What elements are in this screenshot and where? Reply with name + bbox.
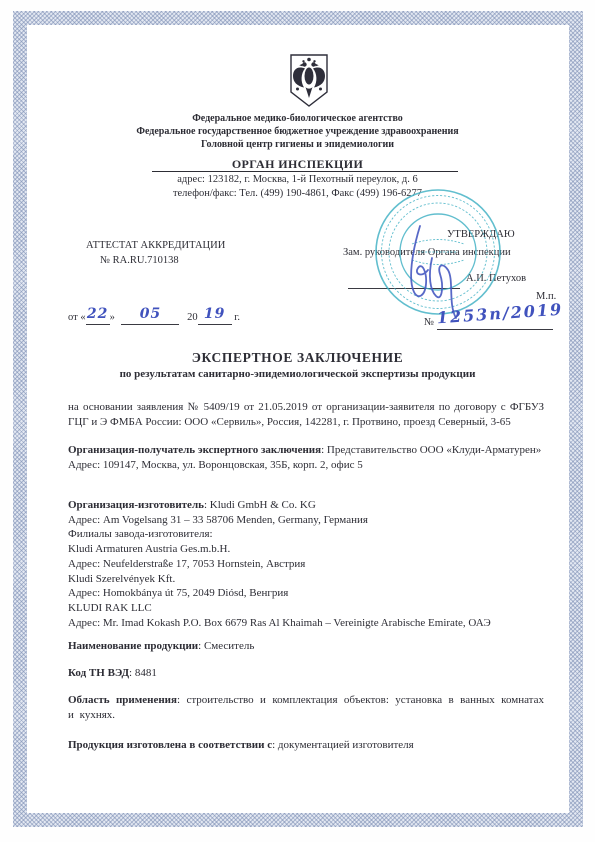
manufacturer-line: Адрес: Am Vogelsang 31 – 33 58706 Menden… (68, 513, 548, 528)
document-page: Федеральное медико-биологическое агентст… (0, 0, 595, 842)
tnved-value: : 8481 (129, 667, 157, 679)
accreditation-number: № RA.RU.710138 (100, 255, 179, 266)
handwritten-year: 19 (204, 306, 225, 322)
inspection-body-phone: телефон/факс: Тел. (499) 190-4861, Факс … (0, 187, 595, 201)
date-year-suffix: г. (234, 312, 240, 323)
document-title: ЭКСПЕРТНОЕ ЗАКЛЮЧЕНИЕ (0, 350, 595, 366)
recipient-block: Организация-получатель экспертного заклю… (68, 443, 544, 473)
basis-paragraph: на основании заявления № 5409/19 от 21.0… (68, 400, 544, 430)
inspection-body-address: адрес: 123182, г. Москва, 1-й Пехотный п… (0, 173, 595, 187)
agency-line: Головной центр гигиены и эпидемиологии (0, 138, 595, 151)
manufacturer-line: Адрес: Homokbánya út 75, 2049 Diósd, Вен… (68, 586, 548, 601)
application-line: Область применения: строительство и комп… (68, 693, 544, 723)
agency-line: Федеральное государственное бюджетное уч… (0, 125, 595, 138)
date-line: от «22» 05 2019 г. (68, 308, 240, 325)
manufacturer-line: Организация-изготовитель: Kludi GmbH & C… (68, 498, 548, 513)
approve-label: УТВЕРЖДАЮ (447, 229, 515, 240)
compliance-label: Продукция изготовлена в соответствии с (68, 739, 272, 751)
compliance-line: Продукция изготовлена в соответствии с: … (68, 738, 544, 753)
recipient-line: Организация-получатель экспертного заклю… (68, 443, 544, 458)
application-label: Область применения (68, 694, 177, 706)
signature-line (348, 288, 460, 289)
date-month-slot: 05 (121, 308, 179, 325)
product-line: Наименование продукции: Смеситель (68, 639, 544, 654)
approver-title: Зам. руководителя Органа инспекции (343, 247, 511, 258)
manufacturer-line: Адрес: Neufelderstraße 17, 7053 Hornstei… (68, 557, 548, 572)
manufacturer-line: KLUDI RAK LLC (68, 601, 548, 616)
handwritten-day: 22 (87, 306, 108, 322)
document-subtitle: по результатам санитарно-эпидемиологичес… (0, 368, 595, 380)
date-century: 20 (187, 312, 198, 323)
product-label: Наименование продукции (68, 640, 198, 652)
accreditation-title: АТТЕСТАТ АККРЕДИТАЦИИ (86, 240, 225, 251)
manufacturer-line: Kludi Armaturen Austria Ges.m.b.H. (68, 542, 548, 557)
inspection-body-title: ОРГАН ИНСПЕКЦИИ (0, 157, 595, 172)
doc-number-slot: 1253п/2019 (437, 310, 553, 330)
coat-of-arms-icon (287, 52, 331, 115)
manufacturer-line: Филиалы завода-изготовителя: (68, 527, 548, 542)
doc-number-line: №1253п/2019 (424, 310, 553, 330)
tnved-line: Код ТН ВЭД: 8481 (68, 666, 544, 681)
recipient-address: Адрес: 109147, Москва, ул. Воронцовская,… (68, 458, 544, 473)
manufacturer-block: Организация-изготовитель: Kludi GmbH & C… (68, 498, 548, 630)
manufacturer-line: Kludi Szerelvények Kft. (68, 572, 548, 587)
agency-header: Федеральное медико-биологическое агентст… (0, 112, 595, 151)
product-value: : Смеситель (198, 640, 254, 652)
tnved-label: Код ТН ВЭД (68, 667, 129, 679)
agency-line: Федеральное медико-биологическое агентст… (0, 112, 595, 125)
manufacturer-value: : Kludi GmbH & Co. KG (204, 499, 316, 511)
date-year-slot: 19 (198, 308, 232, 325)
manufacturer-label: Организация-изготовитель (68, 499, 204, 511)
date-day-slot: 22 (86, 308, 110, 325)
date-close-quote: » (110, 312, 115, 323)
date-prefix: от « (68, 312, 86, 323)
manufacturer-line: Адрес: Mr. Imad Kokash P.O. Box 6679 Ras… (68, 616, 548, 631)
compliance-value: : документацией изготовителя (272, 739, 414, 751)
recipient-label: Организация-получатель экспертного заклю… (68, 444, 321, 456)
number-label: № (424, 317, 434, 328)
approver-name: А.И. Петухов (466, 273, 526, 284)
recipient-value: : Представительство ООО «Клуди-Арматурен… (321, 444, 541, 456)
handwritten-month: 05 (140, 306, 161, 322)
title-underline (152, 171, 458, 172)
